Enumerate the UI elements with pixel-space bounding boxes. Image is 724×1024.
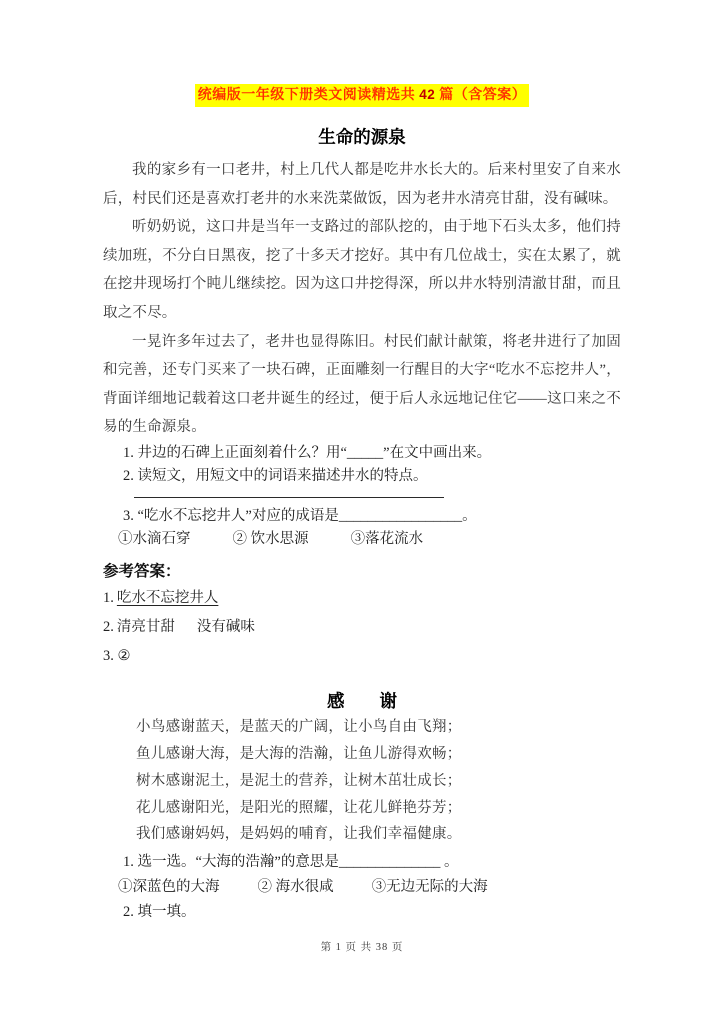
answer-blank-line xyxy=(134,497,444,498)
passage1-paragraph: 一晃许多年过去了，老井也显得陈旧。村民们献计献策，将老井进行了加固和完善，还专门… xyxy=(103,328,621,442)
answer-1-text: 吃水不忘挖井人 xyxy=(117,590,219,606)
answer-1-number: 1. xyxy=(103,590,114,606)
passage2-option-3: ③无边无际的大海 xyxy=(372,876,488,898)
poem-line: 花儿感谢阳光，是阳光的照耀，让花儿鲜艳芬芳； xyxy=(103,795,621,822)
highlighted-title-prefix: 统编版一年级下册类文阅读精选共 xyxy=(198,88,420,103)
highlighted-title-count: 42 xyxy=(419,87,435,102)
passage1-option-3: ③落花流水 xyxy=(351,528,424,551)
answer-1: 1.吃水不忘挖井人 xyxy=(103,584,621,613)
passage1-option-1: ①水滴石穿 xyxy=(118,528,191,551)
passage1-question-1: 1. 井边的石碑上正面刻着什么？用“_____”在文中画出来。 xyxy=(103,442,621,466)
answer-2: 2.清亮甘甜没有碱味 xyxy=(103,613,621,642)
passage1-option-2: ② 饮水思源 xyxy=(233,528,309,551)
passage1-options: ①水滴石穿 ② 饮水思源 ③落花流水 xyxy=(103,528,621,551)
passage2-question-2: 2. 填一填。 xyxy=(103,900,621,924)
document-header-row: 统编版一年级下册类文阅读精选共 42 篇（含答案） xyxy=(103,84,621,106)
page-number-indicator: 第 1 页 共 38 页 xyxy=(0,941,724,955)
passage1-body: 我的家乡有一口老井，村上几代人都是吃井水长大的。后来村里安了自来水后，村民们还是… xyxy=(103,156,621,442)
highlighted-title-suffix: 篇（含答案） xyxy=(435,88,526,103)
answers-heading: 参考答案： xyxy=(103,560,621,584)
passage1-questions: 1. 井边的石碑上正面刻着什么？用“_____”在文中画出来。 2. 读短文，用… xyxy=(103,442,621,552)
passage2-body: 小鸟感谢蓝天，是蓝天的广阔，让小鸟自由飞翔； 鱼儿感谢大海，是大海的浩瀚，让鱼儿… xyxy=(103,714,621,848)
passage1-title: 生命的源泉 xyxy=(103,125,621,150)
answer-3: 3. ② xyxy=(103,642,621,671)
passage1-paragraph: 听奶奶说，这口井是当年一支路过的部队挖的，由于地下石头太多，他们持续加班，不分白… xyxy=(103,213,621,327)
passage1-question-3: 3. “吃水不忘挖井人”对应的成语是_________________。 xyxy=(103,505,621,529)
passage1-question-2: 2. 读短文，用短文中的词语来描述井水的特点。 xyxy=(103,465,621,489)
poem-line: 小鸟感谢蓝天，是蓝天的广阔，让小鸟自由飞翔； xyxy=(103,714,621,741)
passage2-question-1: 1. 选一选。“大海的浩瀚”的意思是______________ 。 xyxy=(103,850,621,874)
highlighted-title: 统编版一年级下册类文阅读精选共 42 篇（含答案） xyxy=(195,84,530,107)
passage1-paragraph: 我的家乡有一口老井，村上几代人都是吃井水长大的。后来村里安了自来水后，村民们还是… xyxy=(103,156,621,213)
page-content: 统编版一年级下册类文阅读精选共 42 篇（含答案） 生命的源泉 我的家乡有一口老… xyxy=(103,0,621,924)
answer-2-number: 2. xyxy=(103,619,114,635)
passage2-option-2: ② 海水很咸 xyxy=(258,876,334,898)
poem-line: 树木感谢泥土，是泥土的营养，让树木茁壮成长； xyxy=(103,768,621,795)
passage2-options: ①深蓝色的大海 ② 海水很咸 ③无边无际的大海 xyxy=(103,876,621,898)
poem-line: 我们感谢妈妈，是妈妈的哺育，让我们幸福健康。 xyxy=(103,821,621,848)
poem-line: 鱼儿感谢大海，是大海的浩瀚，让鱼儿游得欢畅； xyxy=(103,741,621,768)
passage2-option-1: ①深蓝色的大海 xyxy=(118,876,220,898)
answer-2-part2: 没有碱味 xyxy=(197,619,255,635)
answer-2-part1: 清亮甘甜 xyxy=(117,619,175,635)
document-page: 统编版一年级下册类文阅读精选共 42 篇（含答案） 生命的源泉 我的家乡有一口老… xyxy=(0,0,724,1024)
passage2-questions: 1. 选一选。“大海的浩瀚”的意思是______________ 。 ①深蓝色的… xyxy=(103,850,621,924)
passage1-answers: 1.吃水不忘挖井人 2.清亮甘甜没有碱味 3. ② xyxy=(103,584,621,671)
passage2-title: 感 谢 xyxy=(103,689,621,714)
